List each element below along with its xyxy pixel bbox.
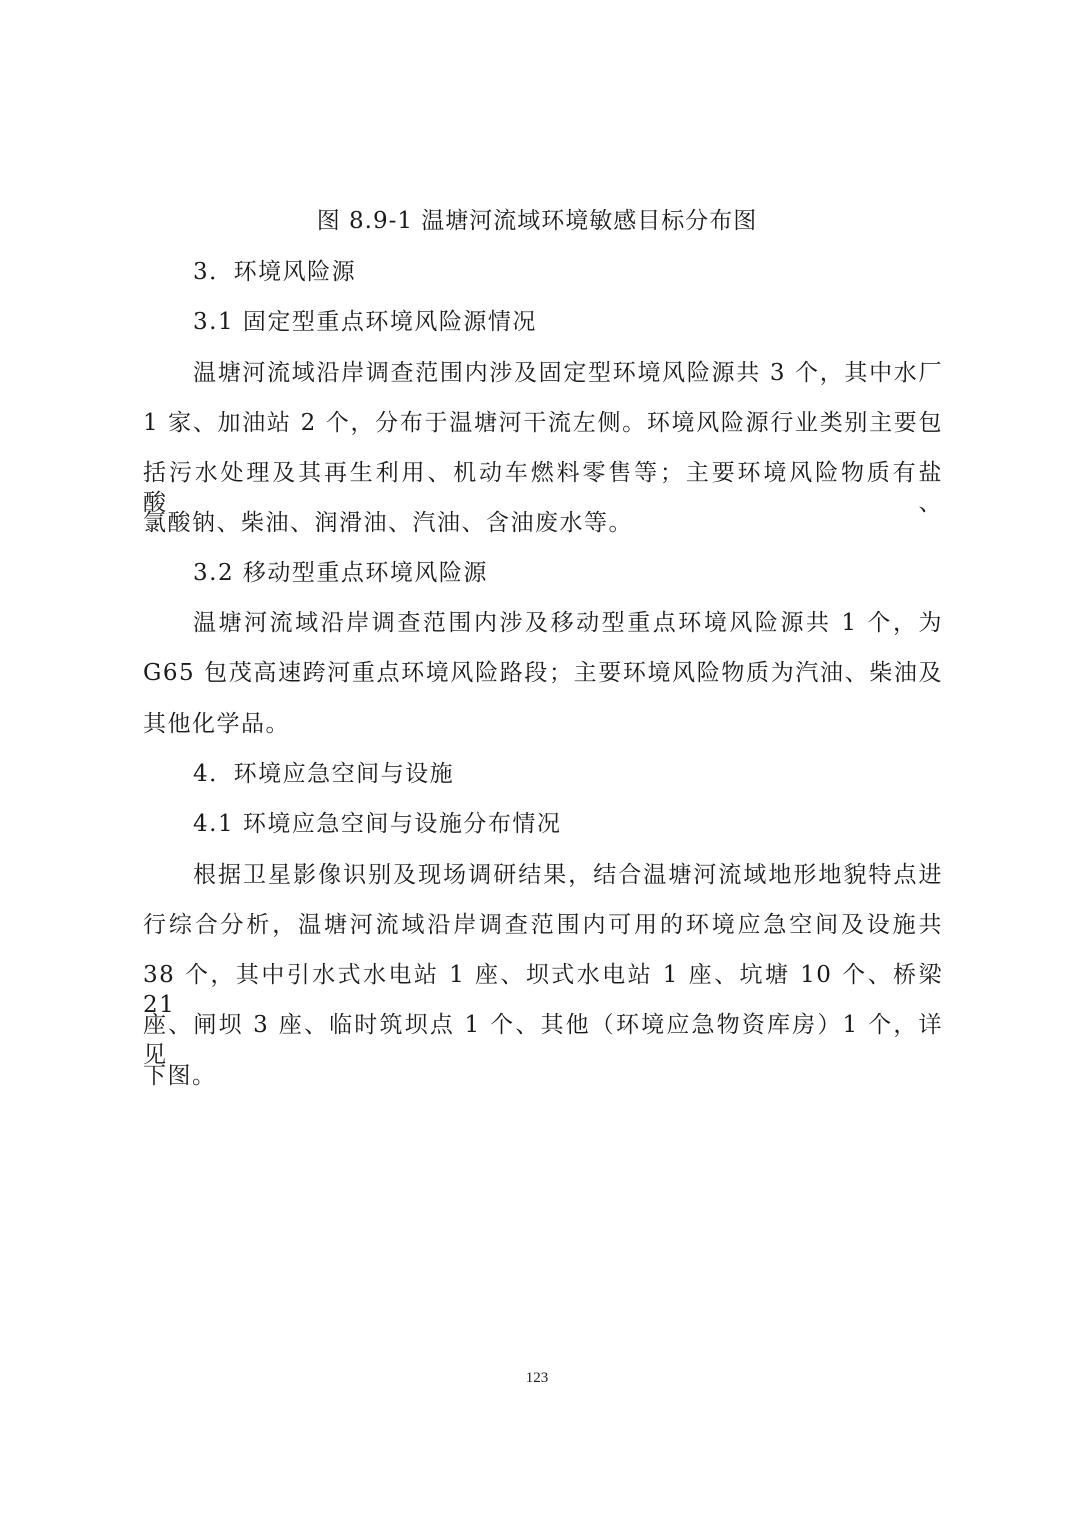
section-4-1-heading: 4.1 环境应急空间与设施分布情况 bbox=[193, 809, 943, 839]
section-3-2-heading: 3.2 移动型重点环境风险源 bbox=[193, 558, 943, 588]
document-page: 图 8.9-1 温塘河流域环境敏感目标分布图 3．环境风险源 3.1 固定型重点… bbox=[0, 0, 1074, 1520]
section-3-heading: 3．环境风险源 bbox=[193, 257, 943, 287]
figure-caption: 图 8.9-1 温塘河流域环境敏感目标分布图 bbox=[0, 206, 1074, 236]
page-number: 123 bbox=[0, 1370, 1074, 1387]
paragraph-line: 行综合分析，温塘河流域沿岸调查范围内可用的环境应急空间及设施共 bbox=[143, 910, 943, 940]
paragraph-line: 下图。 bbox=[143, 1061, 943, 1091]
paragraph-line: G65 包茂高速跨河重点环境风险路段；主要环境风险物质为汽油、柴油及 bbox=[143, 658, 943, 688]
paragraph-line: 温塘河流域沿岸调查范围内涉及固定型环境风险源共 3 个，其中水厂 bbox=[193, 358, 943, 388]
paragraph-line: 根据卫星影像识别及现场调研结果，结合温塘河流域地形地貌特点进 bbox=[193, 860, 943, 890]
section-3-1-heading: 3.1 固定型重点环境风险源情况 bbox=[193, 307, 943, 337]
section-4-heading: 4．环境应急空间与设施 bbox=[193, 759, 943, 789]
paragraph-line: 氯酸钠、柴油、润滑油、汽油、含油废水等。 bbox=[143, 508, 943, 538]
paragraph-line: 其他化学品。 bbox=[143, 709, 943, 739]
paragraph-line: 温塘河流域沿岸调查范围内涉及移动型重点环境风险源共 1 个，为 bbox=[193, 608, 943, 638]
paragraph-line: 1 家、加油站 2 个，分布于温塘河干流左侧。环境风险源行业类别主要包 bbox=[143, 408, 943, 438]
